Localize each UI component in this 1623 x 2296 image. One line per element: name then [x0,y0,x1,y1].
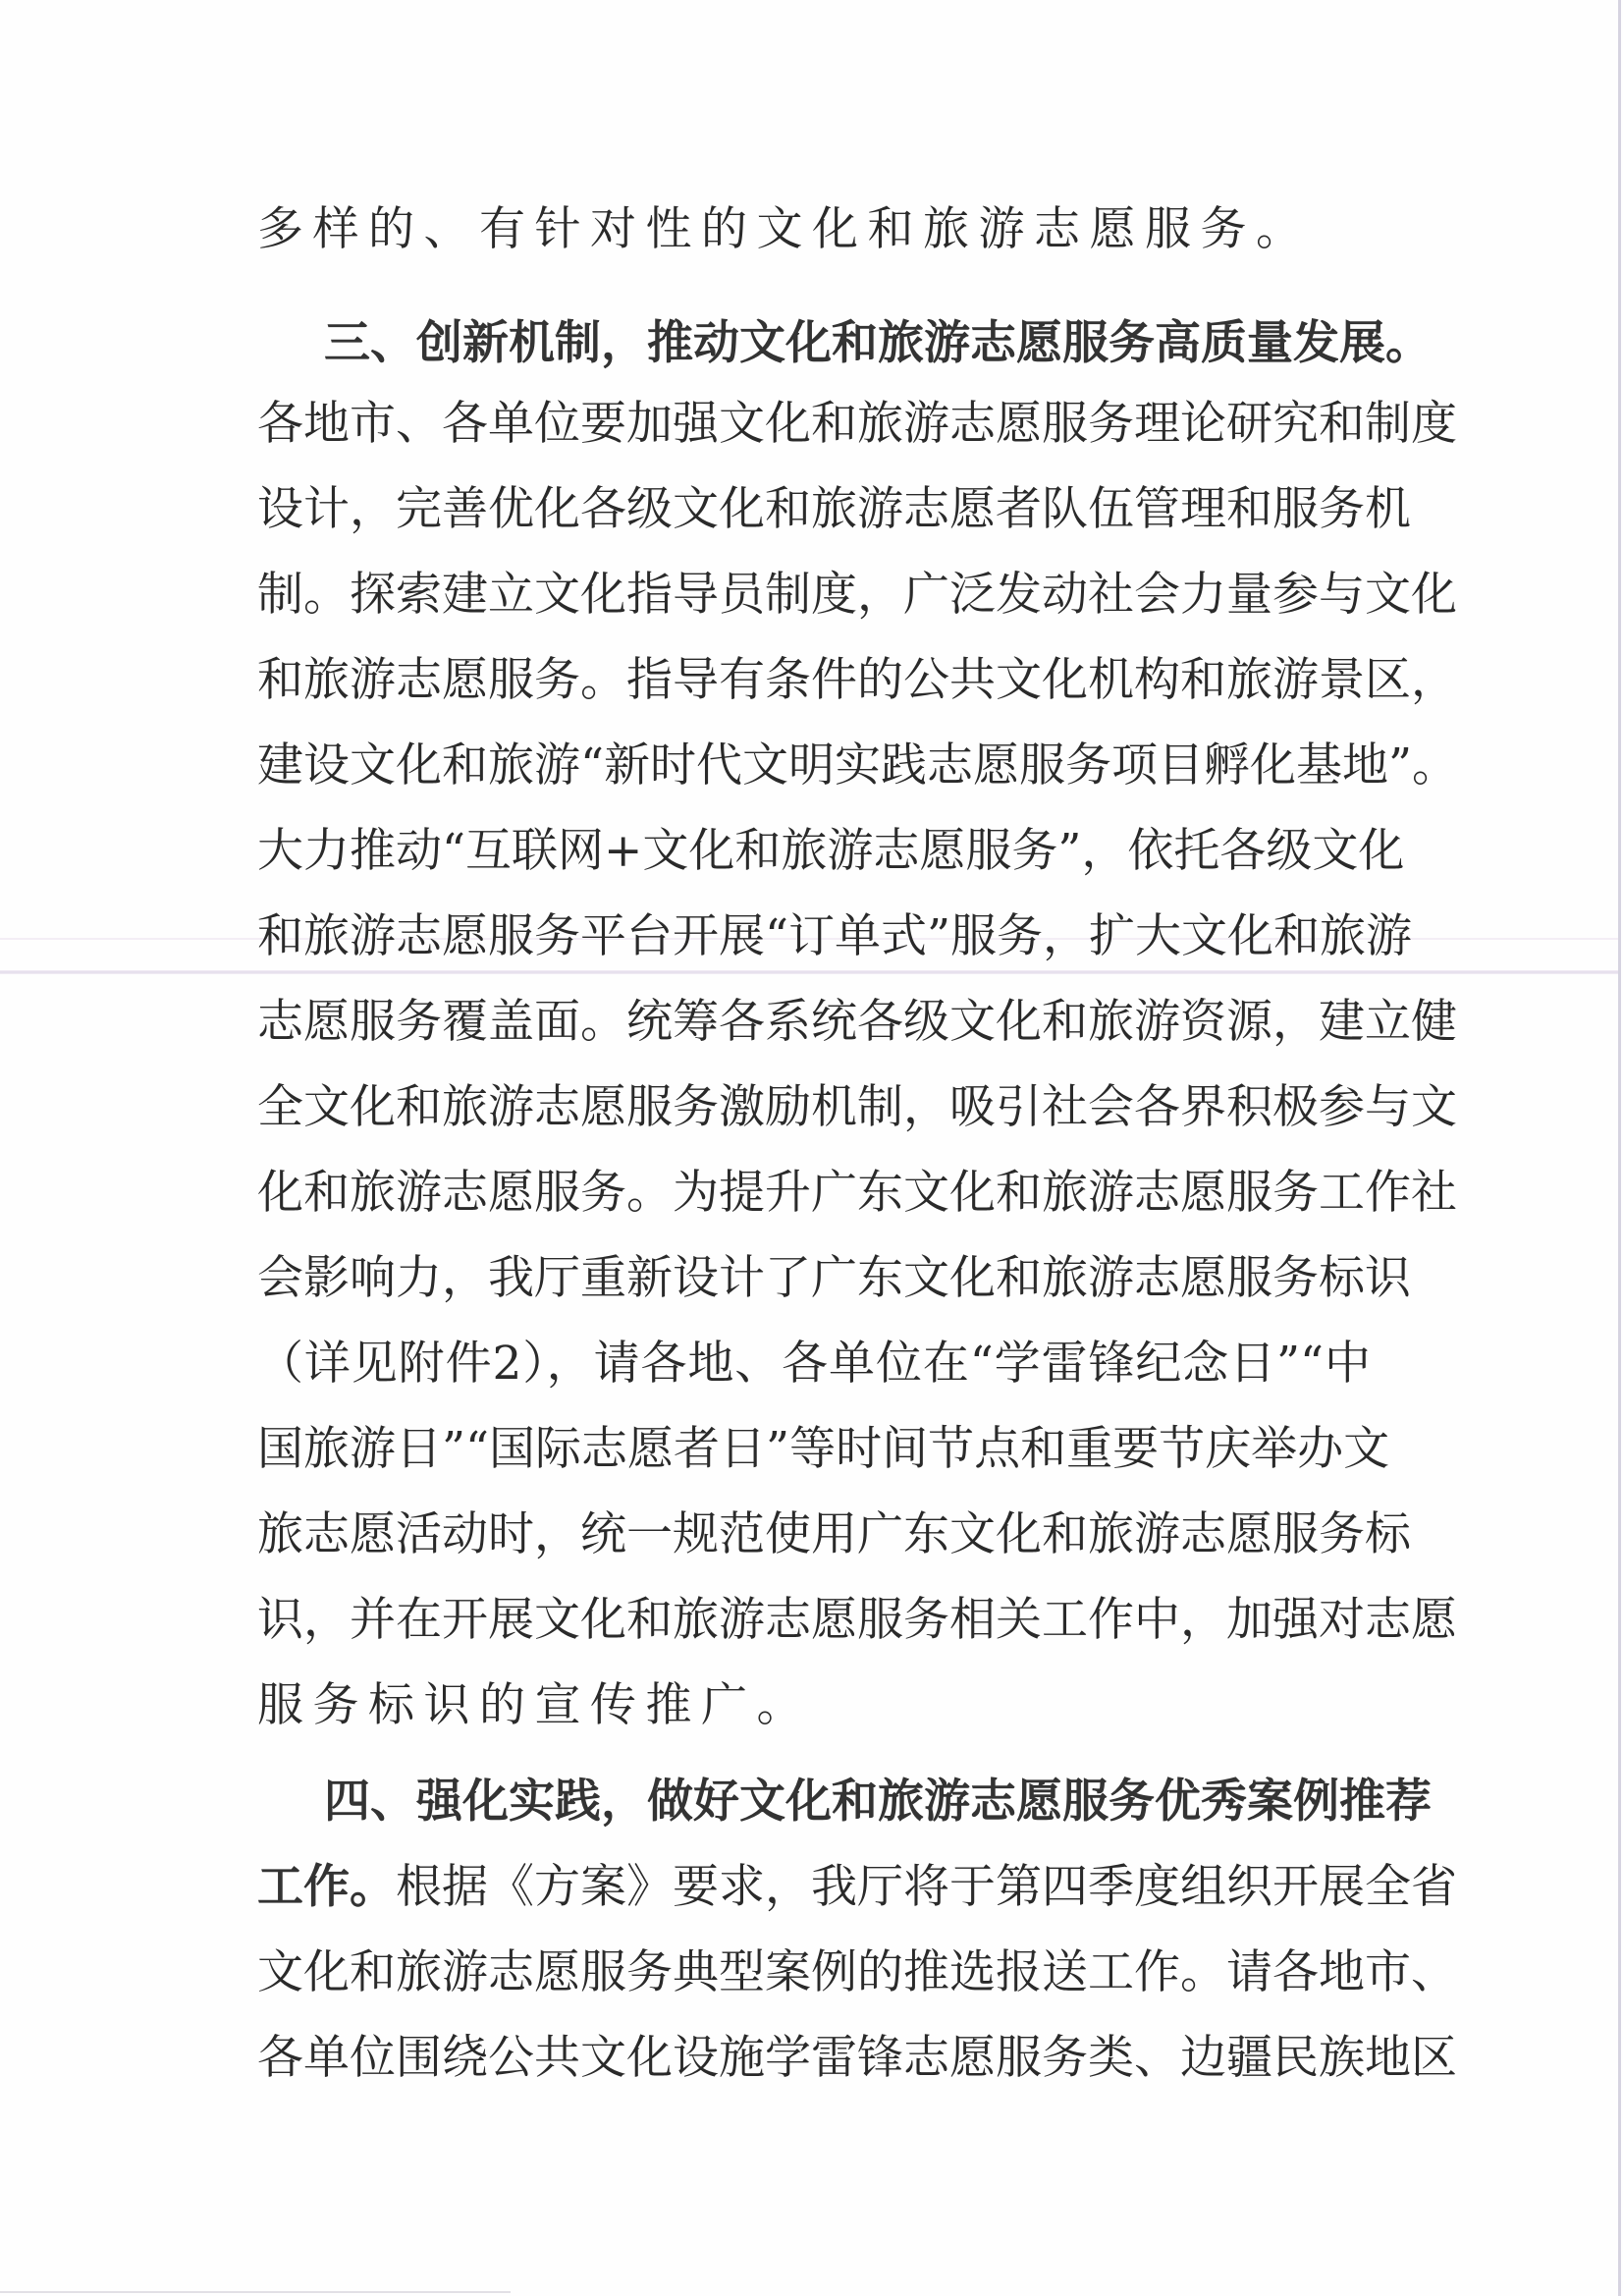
section-heading-4: 四、强化实践，做好文化和旅游志愿服务优秀案例推荐 [324,1773,1371,1831]
paragraph-line: 会影响力，我厅重新设计了广东文化和旅游志愿服务标识 [257,1249,1371,1308]
paragraph-line-mixed: 工作。根据《方案》要求，我厅将于第四季度组织开展全省 [257,1858,1371,1917]
paragraph-line: 大力推动“互联网+文化和旅游志愿服务”，依托各级文化 [257,822,1371,881]
document-page: 多样的、有针对性的文化和旅游志愿服务。 三、创新机制，推动文化和旅游志愿服务高质… [0,0,1623,2296]
paragraph-line: 国旅游日”“国际志愿者日”等时间节点和重要节庆举办文 [257,1420,1371,1479]
section-heading-4-tail: 工作。 [257,1860,396,1914]
paragraph-line: 识，并在开展文化和旅游志愿服务相关工作中，加强对志愿 [257,1591,1371,1650]
paragraph-line: 旅志愿活动时，统一规范使用广东文化和旅游志愿服务标 [257,1505,1371,1564]
paragraph-line: 建设文化和旅游“新时代文明实践志愿服务项目孵化基地”。 [257,737,1371,795]
scan-edge-line [1618,0,1621,2296]
paragraph-line: 文化和旅游志愿服务典型案例的推选报送工作。请各地市、 [257,1943,1371,2002]
paragraph-line: 制。探索建立文化指导员制度，广泛发动社会力量参与文化 [257,566,1371,625]
paragraph-line: 和旅游志愿服务平台开展“订单式”服务，扩大文化和旅游 [257,907,1371,966]
paragraph-line: 和旅游志愿服务。指导有条件的公共文化机构和旅游景区， [257,651,1371,710]
paragraph-line: （详见附件2），请各地、各单位在“学雷锋纪念日”“中 [257,1335,1371,1394]
scan-artifact-line [0,2291,511,2293]
paragraph-line: 各单位围绕公共文化设施学雷锋志愿服务类、边疆民族地区 [257,2029,1371,2088]
paragraph-line: 全文化和旅游志愿服务激励机制，吸引社会各界积极参与文 [257,1078,1371,1137]
paragraph-line: 多样的、有针对性的文化和旅游志愿服务。 [257,200,1371,259]
paragraph-line: 服务标识的宣传推广。 [257,1676,1371,1735]
scan-artifact-line [0,970,1618,974]
paragraph-line: 志愿服务覆盖面。统筹各系统各级文化和旅游资源，建立健 [257,993,1371,1052]
paragraph-line: 各地市、各单位要加强文化和旅游志愿服务理论研究和制度 [257,395,1371,454]
paragraph-line: 设计，完善优化各级文化和旅游志愿者队伍管理和服务机 [257,480,1371,539]
section-heading-3: 三、创新机制，推动文化和旅游志愿服务高质量发展。 [324,314,1371,373]
paragraph-line: 化和旅游志愿服务。为提升广东文化和旅游志愿服务工作社 [257,1164,1371,1223]
paragraph-text: 根据《方案》要求，我厅将于第四季度组织开展全省 [396,1860,1457,1914]
